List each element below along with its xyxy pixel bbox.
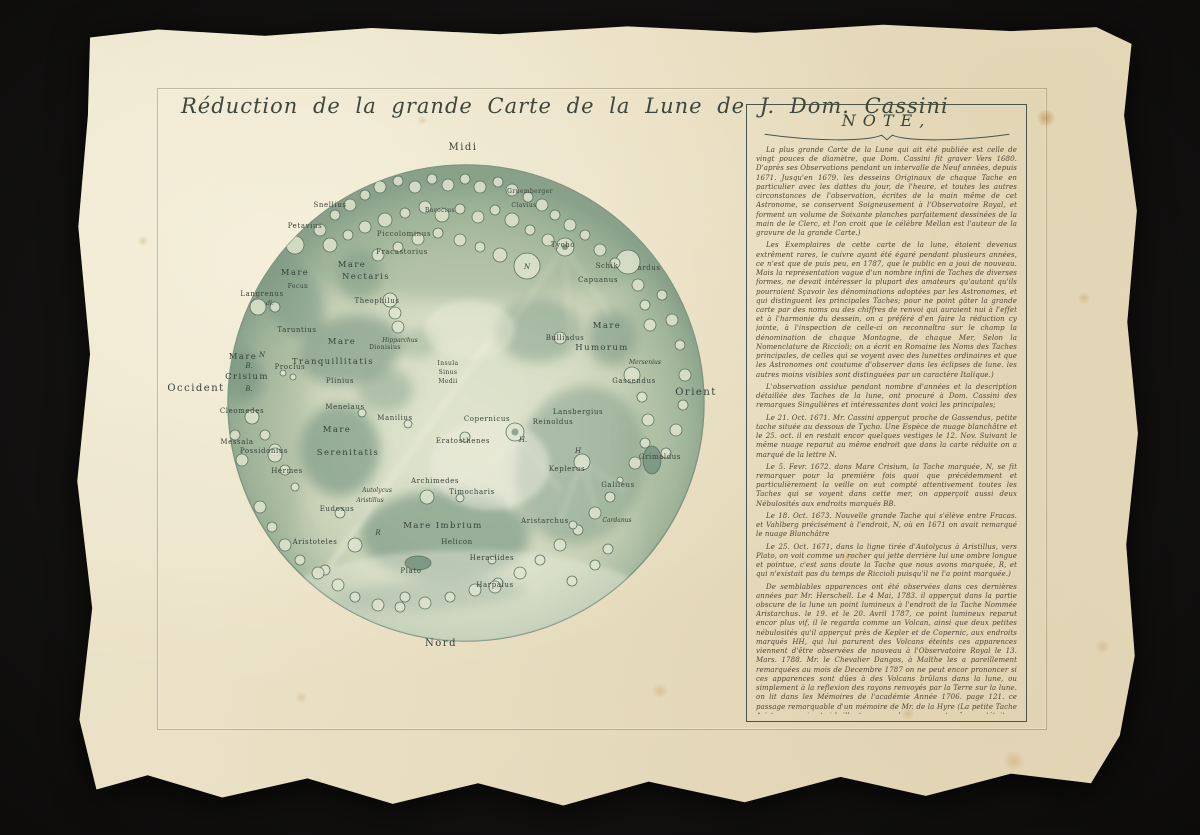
- note-header: NOTE,: [756, 111, 1017, 130]
- moon-label-insula: Insula: [437, 360, 458, 367]
- note-paragraph: De semblables apparences ont été observé…: [756, 583, 1017, 714]
- moon-label-midi: Midi: [448, 142, 477, 153]
- moon-label-harpalus: Harpalus: [476, 581, 513, 589]
- moon-label-dionisius: Dionisius: [369, 344, 401, 351]
- moon-label-archimedes: Archimedes: [410, 477, 459, 485]
- moon-label-orient: Orient: [675, 387, 717, 398]
- moon-label-reinoldus: Reinoldus: [533, 418, 574, 426]
- moon-label-mare: Mare: [328, 337, 356, 347]
- moon-label-piccolominus: Piccolominus: [377, 230, 431, 238]
- moon-label-langrenus: Langrenus: [240, 290, 283, 298]
- moon-label-manilius: Manilius: [377, 414, 412, 422]
- moon-label-timocharis: Timocharis: [449, 488, 495, 496]
- moon-label-plato: Plato: [400, 567, 421, 575]
- moon-label-di-: di.: [266, 300, 274, 307]
- moon-label-aristoteles: Aristoteles: [292, 538, 338, 546]
- note-paragraph: La plus grande Carte de la Lune qui ait …: [756, 146, 1017, 238]
- engraving-sheet: Réduction de la grande Carte de la Lune …: [73, 20, 1139, 815]
- moon-label-fecun: Fecun: [288, 283, 308, 290]
- moon-label-serenitatis: Serenitatis: [317, 448, 380, 458]
- moon-label-helicon: Helicon: [441, 538, 473, 546]
- moon-label-mare: Mare: [338, 260, 366, 270]
- moon-label-nectaris: Nectaris: [342, 272, 390, 282]
- note-paragraph: Le 18. Oct. 1673. Nouvelle grande Tache …: [756, 512, 1017, 540]
- moon-map: MidiNordOccidentOrientSnelliusPetaviusMa…: [180, 135, 740, 695]
- moon-label-possidonius: Possidonius: [240, 447, 288, 455]
- moon-label-plinius: Plinius: [326, 377, 354, 385]
- moon-label-aristarchus: Aristarchus: [520, 517, 569, 525]
- moon-label-lansbergius: Lansbergius: [553, 408, 603, 416]
- note-paragraph: Le 25. Oct. 1671, dans la ligne tirée d'…: [756, 543, 1017, 580]
- moon-label-n: N: [258, 351, 266, 359]
- moon-label-b-: B.: [244, 385, 252, 393]
- moon-label-eratosthenes: Eratosthenes: [436, 437, 490, 445]
- moon-label-hermes: Hermes: [271, 467, 303, 475]
- moon-label-copernicus: Copernicus: [464, 415, 510, 423]
- moon-label-bulliadus: Bulliadus: [546, 334, 585, 342]
- age-spot: [137, 236, 149, 246]
- moon-label-eudoxus: Eudoxus: [320, 505, 355, 513]
- moon-label-petavius: Petavius: [288, 222, 323, 230]
- moon-label-mare: Mare: [229, 352, 257, 362]
- moon-label-cardanus: Cardanus: [602, 517, 631, 524]
- moon-label-cleomedes: Cleomedes: [220, 407, 264, 415]
- moon-label-heraclides: Heraclides: [470, 554, 514, 562]
- aged-paper: Réduction de la grande Carte de la Lune …: [73, 20, 1139, 815]
- moon-label-theophilus: Theophilus: [354, 297, 399, 305]
- moon-label-messala: Messala: [220, 438, 253, 446]
- moon-label-h: H: [574, 447, 582, 455]
- moon-label-barocius: Barocius: [425, 207, 455, 214]
- moon-label-h-: H.: [518, 436, 527, 444]
- moon-label-snellius: Snellius: [313, 201, 346, 209]
- moon-label-keplerus: Keplerus: [549, 465, 585, 473]
- map-title: Réduction de la grande Carte de la Lune …: [181, 94, 751, 130]
- moon-label-tycho: Tycho: [551, 241, 575, 249]
- moon-label-mare-imbrium: Mare Imbrium: [403, 521, 483, 531]
- moon-label-fracastorius: Fracastorius: [376, 248, 428, 256]
- moon-label-aristillus: Aristillus: [355, 497, 383, 504]
- moon-label-n: N: [523, 263, 531, 271]
- moon-label-medii: Medii: [438, 378, 457, 385]
- note-paragraph: Le 5. Fevr. 1672. dans Mare Crisium, la …: [756, 463, 1017, 509]
- age-spot: [1001, 752, 1027, 770]
- note-paragraph: Le 21. Oct. 1671. Mr. Cassini apperçut p…: [756, 414, 1017, 460]
- moon-label-crisium: Crisium: [225, 372, 269, 382]
- moon-label-gassendus: Gassendus: [612, 377, 656, 385]
- moon-label-grimaldus: Grimaldus: [639, 453, 681, 461]
- moon-label-mare: Mare: [323, 425, 351, 435]
- moon-label-hipparchus: Hipparchus: [381, 337, 417, 344]
- moon-label-mersenius: Mersenius: [628, 359, 661, 366]
- moon-label-autolycus: Autolycus: [361, 487, 392, 494]
- moon-label-capuanus: Capuanus: [578, 276, 618, 284]
- moon-label-ardus: ardus: [637, 264, 660, 272]
- moon-label-galileus: Galileus: [601, 481, 635, 489]
- note-paragraph: L'observation assidue pendant nombre d'a…: [756, 383, 1017, 411]
- brace-divider: [761, 131, 1013, 143]
- note-body: La plus grande Carte de la Lune qui ait …: [756, 146, 1017, 714]
- moon-label-clavius: Clavius: [511, 202, 536, 209]
- moon-label-taruntius: Taruntius: [277, 326, 316, 334]
- moon-label-b-: B.: [244, 362, 252, 370]
- moon-label-tranquillitatis: Tranquillitatis: [292, 357, 374, 367]
- moon-label-mare: Mare: [593, 321, 621, 331]
- moon-label-gruemberger: Gruemberger: [507, 188, 553, 195]
- moon-label-humorum: Humorum: [575, 343, 628, 353]
- moon-label-schik: Schik: [596, 262, 619, 270]
- photograph-background: { "title": "Réduction de la grande Carte…: [0, 0, 1200, 835]
- age-spot: [1077, 292, 1091, 304]
- moon-label-nord: Nord: [425, 638, 457, 649]
- moon-label-r: R: [374, 529, 381, 537]
- moon-label-sinus: Sinus: [439, 369, 458, 376]
- note-paragraph: Les Exemplaires de cette carte de la lun…: [756, 241, 1017, 380]
- moon-label-occident: Occident: [167, 383, 224, 394]
- moon-label-menelaus: Menelaus: [325, 403, 364, 411]
- age-spot: [1095, 640, 1111, 653]
- moon-label-mare: Mare: [281, 268, 309, 278]
- note-panel: NOTE, La plus grande Carte de la Lune qu…: [746, 104, 1027, 722]
